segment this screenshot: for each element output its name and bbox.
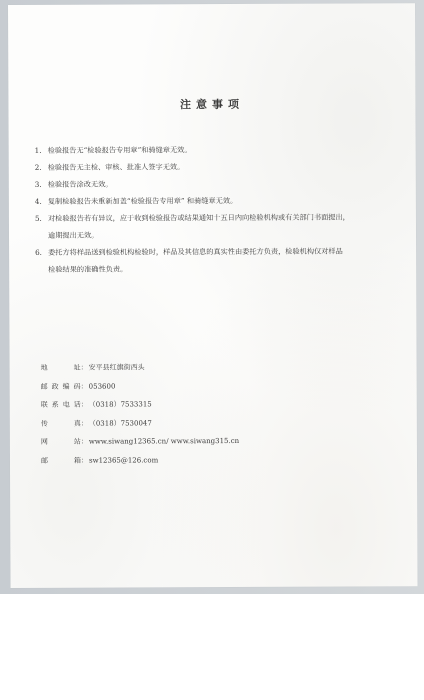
note-text: 检验报告涂改无效。: [48, 180, 113, 189]
contact-value: sw12365@126.com: [89, 451, 158, 470]
note-item-5: 5. 对检验报告若有异议，应于收到检验报告或结果通知十五日内向检验机构或有关部门…: [35, 208, 400, 244]
note-number: 6.: [35, 244, 42, 261]
note-number: 2.: [35, 159, 42, 176]
note-text: 检验报告无主检、审核、批准人签字无效。: [48, 162, 185, 172]
contact-value: www.siwang12365.cn/ www.siwang315.cn: [89, 432, 239, 451]
contact-value: 安平县红旗街西头: [89, 358, 145, 377]
note-number: 3.: [35, 176, 42, 193]
note-number: 4.: [35, 193, 42, 210]
contact-value: 053600: [89, 377, 116, 396]
note-text: 对检验报告若有异议，应于收到检验报告或结果通知十五日内向检验机构或有关部门书面提…: [48, 213, 350, 223]
contact-label: 网 站: [41, 433, 81, 452]
note-item-1: 1. 检验报告无“检验报告专用章”和骑缝章无效。: [35, 140, 400, 159]
note-text: 检验报告无“检验报告专用章”和骑缝章无效。: [48, 145, 192, 155]
note-number: 1.: [35, 142, 42, 159]
contact-address: 地 址： 安平县红旗街西头: [41, 358, 239, 377]
note-item-6: 6. 委托方将样品送到检验机构检验时，样品及其信息的真实性由委托方负责，检验机构…: [35, 242, 400, 278]
note-text-continuation: 逾期提出无效。: [48, 225, 400, 244]
contact-postcode: 邮政编码： 053600: [41, 376, 239, 395]
page-title: 注意事项: [8, 95, 415, 113]
note-text: 复制检验报告未重新加盖“检验报告专用章” 和骑缝章无效。: [48, 196, 237, 206]
contact-info: 地 址： 安平县红旗街西头 邮政编码： 053600 联系电话： （0318）7…: [41, 358, 240, 470]
note-item-3: 3. 检验报告涂改无效。: [35, 174, 400, 193]
contact-email: 邮 箱： sw12365@126.com: [41, 450, 239, 469]
contact-value: （0318）7530047: [89, 414, 152, 433]
note-text-continuation: 检验结果的准确性负责。: [48, 259, 400, 278]
contact-phone: 联系电话： （0318）7533315: [41, 395, 239, 414]
contact-label: 邮 箱: [41, 451, 81, 470]
contact-value: （0318）7533315: [89, 395, 152, 414]
contact-label: 传 真: [41, 414, 81, 433]
document-page: 注意事项 1. 检验报告无“检验报告专用章”和骑缝章无效。 2. 检验报告无主检…: [8, 3, 418, 588]
contact-fax: 传 真： （0318）7530047: [41, 413, 239, 432]
contact-label: 地 址: [41, 359, 81, 378]
note-number: 5.: [35, 210, 42, 227]
note-item-4: 4. 复制检验报告未重新加盖“检验报告专用章” 和骑缝章无效。: [35, 191, 400, 210]
contact-label: 邮政编码: [41, 377, 81, 396]
contact-label: 联系电话: [41, 396, 81, 415]
contact-website: 网 站： www.siwang12365.cn/ www.siwang315.c…: [41, 432, 239, 451]
note-item-2: 2. 检验报告无主检、审核、批准人签字无效。: [35, 157, 400, 176]
notes-list: 1. 检验报告无“检验报告专用章”和骑缝章无效。 2. 检验报告无主检、审核、批…: [35, 140, 401, 278]
note-text: 委托方将样品送到检验机构检验时，样品及其信息的真实性由委托方负责，检验机构仅对样…: [48, 247, 343, 257]
